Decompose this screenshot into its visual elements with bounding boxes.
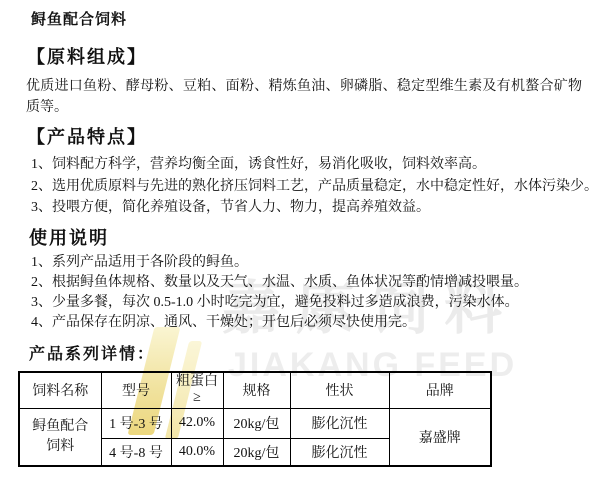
usage-heading: 使用说明 [29, 224, 109, 250]
model-cell: 1 号-3 号 [101, 408, 171, 438]
col-trait: 性状 [290, 372, 389, 408]
col-crude-protein-label: 粗蛋白 [176, 374, 218, 389]
spec-cell: 20kg/包 [223, 438, 290, 466]
features-heading: 【产品特点】 [27, 123, 147, 149]
ingredients-heading: 【原料组成】 [27, 43, 147, 69]
table-row: 鲟鱼配合饲料 1 号-3 号 42.0% 20kg/包 膨化沉性 嘉盛牌 [19, 408, 491, 438]
page-title: 鲟鱼配合饲料 [31, 8, 127, 29]
protein-cell: 42.0% [171, 408, 223, 438]
usage-item: 1、系列产品适用于各阶段的鲟鱼。 [31, 253, 528, 273]
col-brand: 品牌 [389, 372, 491, 408]
document-page: 嘉康饲料 JIAKANG FEED 鲟鱼配合饲料 【原料组成】 优质进口鱼粉、酵… [0, 0, 609, 501]
usage-item: 2、根据鲟鱼体规格、数量以及天气、水温、水质、鱼体状况等酌情增减投喂量。 [31, 273, 528, 293]
col-spec: 规格 [223, 372, 290, 408]
usage-list: 1、系列产品适用于各阶段的鲟鱼。 2、根据鲟鱼体规格、数量以及天气、水温、水质、… [31, 253, 528, 333]
series-heading: 产品系列详情： [29, 341, 155, 364]
col-feed-name: 饲料名称 [19, 372, 101, 408]
gte-symbol: ≥ [193, 390, 201, 405]
document-content: 鲟鱼配合饲料 【原料组成】 优质进口鱼粉、酵母粉、豆粕、面粉、精炼鱼油、卵磷脂、… [0, 0, 609, 501]
product-name-cell: 鲟鱼配合饲料 [19, 408, 101, 466]
usage-item: 4、产品保存在阴凉、通风、干燥处；开包后必须尽快使用完。 [31, 313, 528, 333]
ingredients-body: 优质进口鱼粉、酵母粉、豆粕、面粉、精炼鱼油、卵磷脂、稳定型维生素及有机螯合矿物质… [26, 76, 582, 118]
brand-cell: 嘉盛牌 [389, 408, 491, 466]
trait-cell: 膨化沉性 [290, 438, 389, 466]
col-model: 型号 [101, 372, 171, 408]
features-list: 1、饲料配方科学，营养均衡全面，诱食性好，易消化吸收，饲料效率高。 2、选用优质… [31, 154, 598, 219]
col-crude-protein: 粗蛋白 ≥ [171, 372, 223, 408]
spec-cell: 20kg/包 [223, 408, 290, 438]
features-item: 3、投喂方便，简化养殖设备，节省人力、物力，提高养殖效益。 [31, 197, 598, 219]
product-series-table: 饲料名称 型号 粗蛋白 ≥ 规格 性状 品牌 鲟鱼配合饲料 1 号-3 号 42… [18, 371, 492, 467]
trait-cell: 膨化沉性 [290, 408, 389, 438]
product-name-text: 鲟鱼配合饲料 [29, 417, 91, 457]
protein-cell: 40.0% [171, 438, 223, 466]
table-header-row: 饲料名称 型号 粗蛋白 ≥ 规格 性状 品牌 [19, 372, 491, 408]
model-cell: 4 号-8 号 [101, 438, 171, 466]
features-item: 2、选用优质原料与先进的熟化挤压饲料工艺，产品质量稳定，水中稳定性好，水体污染少… [31, 176, 598, 198]
usage-item: 3、少量多餐，每次 0.5-1.0 小时吃完为宜，避免投料过多造成浪费，污染水体… [31, 293, 528, 313]
features-item: 1、饲料配方科学，营养均衡全面，诱食性好，易消化吸收，饲料效率高。 [31, 154, 598, 176]
